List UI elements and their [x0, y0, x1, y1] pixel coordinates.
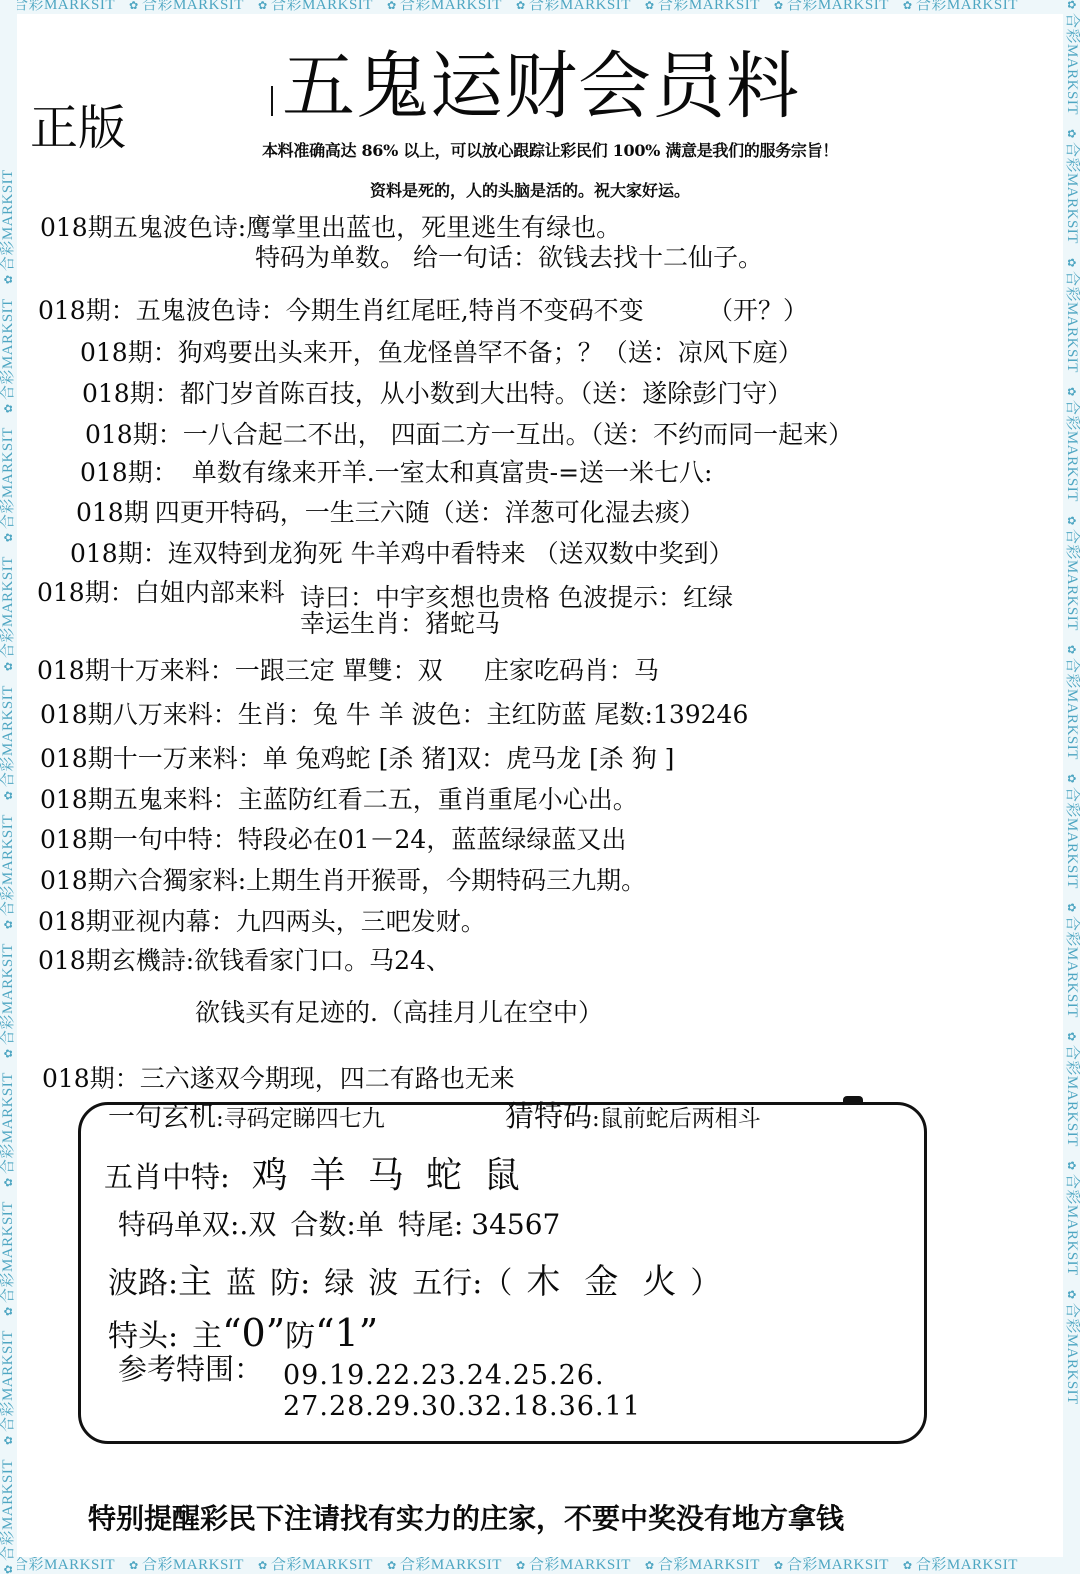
entry-80k: 018期八万来料：生肖：兔 牛 羊 波色：主红防蓝 尾数:139246 — [40, 702, 748, 727]
watermark-text: 合彩MARKSIT — [387, 0, 502, 14]
entry-text: 生肖：兔 牛 羊 波色：主红防蓝 尾数:139246 — [238, 700, 749, 729]
watermark-text: 合彩MARKSIT — [0, 169, 17, 284]
watermark-text: 合彩MARKSIT — [258, 1557, 373, 1574]
watermark-text: 合彩MARKSIT — [774, 0, 889, 14]
entry-text: 四更开特码，一生三六随（送：洋葱可化湿去痰） — [155, 498, 705, 527]
watermark-text: 合彩MARKSIT — [1063, 645, 1080, 760]
entry-100k: 018期十万来料：一跟三定 單雙：双 — [37, 658, 443, 683]
entry-text: 连双特到龙狗死 牛羊鸡中看特来 （送双数中奖到） — [168, 539, 734, 568]
head-row: 特头:主“0”防“1” — [108, 1314, 378, 1352]
edition-badge: 正版 — [30, 104, 126, 152]
entry-text: 特段必在01－24，蓝蓝绿绿蓝又出 — [238, 825, 627, 854]
entry-text: 九四两头，三吧发财。 — [236, 907, 486, 936]
entry-text: 上期生肖开猴哥，今期特码三九期。 — [246, 866, 646, 895]
watermark-text: 合彩MARKSIT — [0, 556, 17, 671]
watermark-text: 合彩MARKSIT — [0, 943, 17, 1058]
entry-label: 018期一句中特： — [40, 825, 238, 854]
watermark-text: 合彩MARKSIT — [645, 1557, 760, 1574]
entry-label: 018期亚视内幕： — [38, 907, 236, 936]
entry-text: 单数有缘来开羊.一室太和真富贵-=送一米七八: — [192, 458, 713, 487]
entry-wugui-poem-line2: 特码为单数。 给一句话：欲钱去找十二仙子。 — [255, 245, 763, 270]
entry-label: 018期六合獨家料: — [40, 866, 246, 895]
watermark-text: 合彩MARKSIT — [1063, 1032, 1080, 1147]
guess-label: 猜特码 — [505, 1099, 592, 1133]
entry-wugui-poem: 018期五鬼波色诗:鹰掌里出蓝也，死里逃生有绿也。 — [40, 215, 621, 240]
watermark-text: 合彩MARKSIT — [903, 1557, 1018, 1574]
odd-even-row: 特码单双:.双合数:单特尾:34567 — [118, 1211, 560, 1239]
guess-row: 猜特码:鼠前蛇后两相斗 — [505, 1102, 761, 1131]
entry-dog-rooster: 018期：狗鸡要出头来开，鱼龙怪兽罕不备；？（送：凉风下庭） — [80, 340, 803, 365]
entry-label: 018期玄機詩: — [38, 946, 194, 975]
footer-notice: 特别提醒彩民下注请找有实力的庄家，不要中奖没有地方拿钱 — [88, 1505, 844, 1533]
element-item: 木 — [526, 1262, 560, 1302]
watermark-text: 合彩MARKSIT — [1063, 129, 1080, 244]
element-item: 金 — [584, 1262, 618, 1302]
odd-even-value: 双 — [248, 1208, 276, 1241]
watermark-border-left: 合彩MARKSIT合彩MARKSIT合彩MARKSIT合彩MARKSIT合彩MA… — [0, 0, 17, 1574]
entry-text: 三六遂双今期现，四二有路也无来 — [140, 1064, 515, 1093]
watermark-text: 合彩MARKSIT — [1063, 903, 1080, 1018]
head-main: “0” — [222, 1311, 285, 1355]
tagline: 本料准确高达 86% 以上，可以放心跟踪让彩民们 100% 满意是我们的服务宗旨… — [200, 143, 900, 159]
watermark-text: 合彩MARKSIT — [1063, 774, 1080, 889]
entry-text: 狗鸡要出头来开，鱼龙怪兽罕不备；？（送：凉风下庭） — [178, 338, 803, 367]
watermark-text: 合彩MARKSIT — [0, 427, 17, 542]
entry-text: 鹰掌里出蓝也，死里逃生有绿也。 — [246, 213, 621, 242]
entry-wugui-wave-poem: 018期：五鬼波色诗：今期生肖红尾旺,特肖不变码不变 — [38, 298, 644, 323]
entry-label: 018期 — [76, 498, 149, 527]
entry-label: 018期：五鬼波色诗： — [38, 296, 286, 325]
zodiac-item: 蛇 — [426, 1158, 462, 1194]
elements-close: ） — [690, 1266, 720, 1301]
watermark-text: 合彩MARKSIT — [0, 1459, 17, 1574]
riddle-text: :寻码定睇四七九 — [216, 1106, 385, 1132]
entry-baijie-label: 018期：白姐内部来料 — [37, 580, 285, 605]
watermark-text: 合彩MARKSIT — [645, 0, 760, 14]
watermark-text: 合彩MARKSIT — [0, 814, 17, 929]
watermark-text: 合彩MARKSIT — [1063, 1290, 1080, 1405]
wave-label: 波路: — [108, 1266, 178, 1301]
range-label: 参考特围： — [118, 1352, 263, 1386]
entry-label: 018期八万来料： — [40, 700, 238, 729]
entry-label: 018期： — [80, 458, 178, 487]
watermark-text: 合彩MARKSIT — [0, 1557, 115, 1574]
entry-text: 今期生肖红尾旺,特肖不变码不变 — [286, 296, 644, 325]
entry-label: 018期十万来料： — [37, 656, 235, 685]
zodiac-item: 鼠 — [484, 1158, 520, 1194]
watermark-border-top: 合彩MARKSIT合彩MARKSIT合彩MARKSIT合彩MARKSIT合彩MA… — [0, 0, 1080, 14]
entry-label: 018期五鬼来料： — [40, 785, 238, 814]
wave-guard: 绿 — [324, 1266, 354, 1301]
title-divider — [271, 86, 273, 116]
head-main-label: 主 — [192, 1319, 222, 1354]
odd-even-label: 特码单双:. — [118, 1208, 248, 1241]
entry-odd-sheep: 018期：单数有缘来开羊.一室太和真富贵-=送一米七八: — [80, 460, 713, 485]
tail-label: 特尾: — [398, 1208, 463, 1241]
zodiac-item: 羊 — [310, 1158, 346, 1194]
entry-dumen: 018期：都门岁首陈百技，从小数到大出特。（送：遂除彭门守） — [82, 381, 792, 406]
wave-main: 蓝 — [226, 1266, 256, 1301]
range-numbers-line2: 27.28.29.30.32.18.36.11 — [283, 1393, 641, 1420]
page-title: 五鬼运财会员料 — [282, 50, 800, 123]
sum-value: 单 — [356, 1208, 384, 1241]
watermark-border-bottom: 合彩MARKSIT合彩MARKSIT合彩MARKSIT合彩MARKSIT合彩MA… — [0, 1557, 1080, 1574]
watermark-text: 合彩MARKSIT — [258, 0, 373, 14]
entry-label: 018期： — [42, 1064, 140, 1093]
elements-label: 五行:（ — [412, 1266, 512, 1301]
entry-label: 018期： — [85, 420, 183, 449]
motto: 资料是死的，人的头脑是活的。祝大家好运。 — [330, 183, 730, 199]
entry-xuanji-poem-line2: 欲钱买有足迹的.（高挂月儿在空中） — [195, 1000, 603, 1025]
watermark-text: 合彩MARKSIT — [0, 685, 17, 800]
tail-value: 34567 — [471, 1208, 560, 1241]
entry-text: 都门岁首陈百技，从小数到大出特。（送：遂除彭门守） — [180, 379, 793, 408]
entry-label: 018期五鬼波色诗: — [40, 213, 246, 242]
entry-label: 018期： — [70, 539, 168, 568]
range-row: 参考特围： — [118, 1355, 263, 1384]
entry-label: 018期： — [82, 379, 180, 408]
five-zodiac-label: 五肖中特: — [104, 1160, 230, 1194]
entry-label: 018期十一万来料： — [40, 744, 263, 773]
watermark-text: 合彩MARKSIT — [129, 0, 244, 14]
entry-sigeng: 018期四更开特码，一生三六随（送：洋葱可化湿去痰） — [76, 500, 705, 525]
entry-lianshuang: 018期：连双特到龙狗死 牛羊鸡中看特来 （送双数中奖到） — [70, 541, 734, 566]
zodiac-item: 马 — [368, 1158, 404, 1194]
watermark-text: 合彩MARKSIT — [0, 1201, 17, 1316]
wave-main-label: 主 — [178, 1262, 212, 1302]
watermark-text: 合彩MARKSIT — [0, 0, 115, 14]
watermark-text: 合彩MARKSIT — [1063, 387, 1080, 502]
entry-one-line: 018期一句中特：特段必在01－24，蓝蓝绿绿蓝又出 — [40, 827, 626, 852]
five-zodiac-row: 五肖中特:鸡羊马蛇鼠 — [104, 1158, 520, 1194]
sum-label: 合数: — [290, 1208, 355, 1241]
entry-yashi-insider: 018期亚视内幕：九四两头，三吧发财。 — [38, 909, 486, 934]
entry-text: 主蓝防红看二五，重肖重尾小心出。 — [238, 785, 638, 814]
head-guard: “1” — [315, 1311, 378, 1355]
entry-text: 一八合起二不出， 四面二方一互出。（送：不约而同一起来） — [183, 420, 853, 449]
watermark-text: 合彩MARKSIT — [516, 0, 631, 14]
watermark-border-right: 合彩MARKSIT合彩MARKSIT合彩MARKSIT合彩MARKSIT合彩MA… — [1063, 0, 1080, 1574]
watermark-text: 合彩MARKSIT — [387, 1557, 502, 1574]
riddle-row: 一句玄机:寻码定睇四七九 — [108, 1104, 385, 1131]
entry-text: 单 兔鸡蛇 [杀 猪]双：虎马龙 [杀 狗 ] — [263, 744, 675, 773]
watermark-text: 合彩MARKSIT — [903, 0, 1018, 14]
element-item: 火 — [642, 1262, 676, 1302]
head-guard-label: 防 — [285, 1319, 315, 1354]
entry-100k-banker: 庄家吃码肖：马 — [484, 658, 659, 683]
entry-liuhe-exclusive: 018期六合獨家料:上期生肖开猴哥，今期特码三九期。 — [40, 868, 646, 893]
entry-wugui-source: 018期五鬼来料：主蓝防红看二五，重肖重尾小心出。 — [40, 787, 638, 812]
watermark-text: 合彩MARKSIT — [774, 1557, 889, 1574]
watermark-text: 合彩MARKSIT — [1063, 258, 1080, 373]
watermark-text: 合彩MARKSIT — [516, 1557, 631, 1574]
entry-sanliu: 018期：三六遂双今期现，四二有路也无来 — [42, 1066, 515, 1091]
entry-xuanji-poem: 018期玄機詩:欲钱看家门口。马24、 — [38, 948, 451, 973]
watermark-text: 合彩MARKSIT — [129, 1557, 244, 1574]
watermark-text: 合彩MARKSIT — [1063, 0, 1080, 115]
guess-text: :鼠前蛇后两相斗 — [592, 1106, 761, 1132]
zodiac-item: 鸡 — [252, 1158, 288, 1194]
wave-guard-label: 防: — [270, 1266, 310, 1301]
entry-label: 018期： — [80, 338, 178, 367]
entry-text: 欲钱看家门口。马24、 — [194, 946, 451, 975]
watermark-text: 合彩MARKSIT — [0, 1072, 17, 1187]
watermark-text: 合彩MARKSIT — [0, 1330, 17, 1445]
head-label: 特头: — [108, 1319, 178, 1354]
range-numbers-line1: 09.19.22.23.24.25.26. — [283, 1362, 605, 1389]
entry-baijie-poem: 诗曰：中宇亥想也贵格 色波提示：红绿 — [300, 585, 733, 610]
wave-suffix: 波 — [368, 1266, 398, 1301]
wave-row: 波路:主蓝防:绿波五行:（木金火） — [108, 1265, 720, 1299]
entry-110k: 018期十一万来料：单 兔鸡蛇 [杀 猪]双：虎马龙 [杀 狗 ] — [40, 746, 674, 771]
entry-text: 一跟三定 單雙：双 — [235, 656, 443, 685]
watermark-text: 合彩MARKSIT — [1063, 516, 1080, 631]
box-mark — [843, 1096, 863, 1103]
entry-baijie-lucky: 幸运生肖：猪蛇马 — [300, 611, 500, 636]
watermark-text: 合彩MARKSIT — [1063, 1161, 1080, 1276]
watermark-text: 合彩MARKSIT — [0, 298, 17, 413]
entry-note: （开？） — [708, 298, 808, 323]
riddle-label: 一句玄机 — [108, 1102, 216, 1133]
entry-yiba: 018期：一八合起二不出， 四面二方一互出。（送：不约而同一起来） — [85, 422, 853, 447]
